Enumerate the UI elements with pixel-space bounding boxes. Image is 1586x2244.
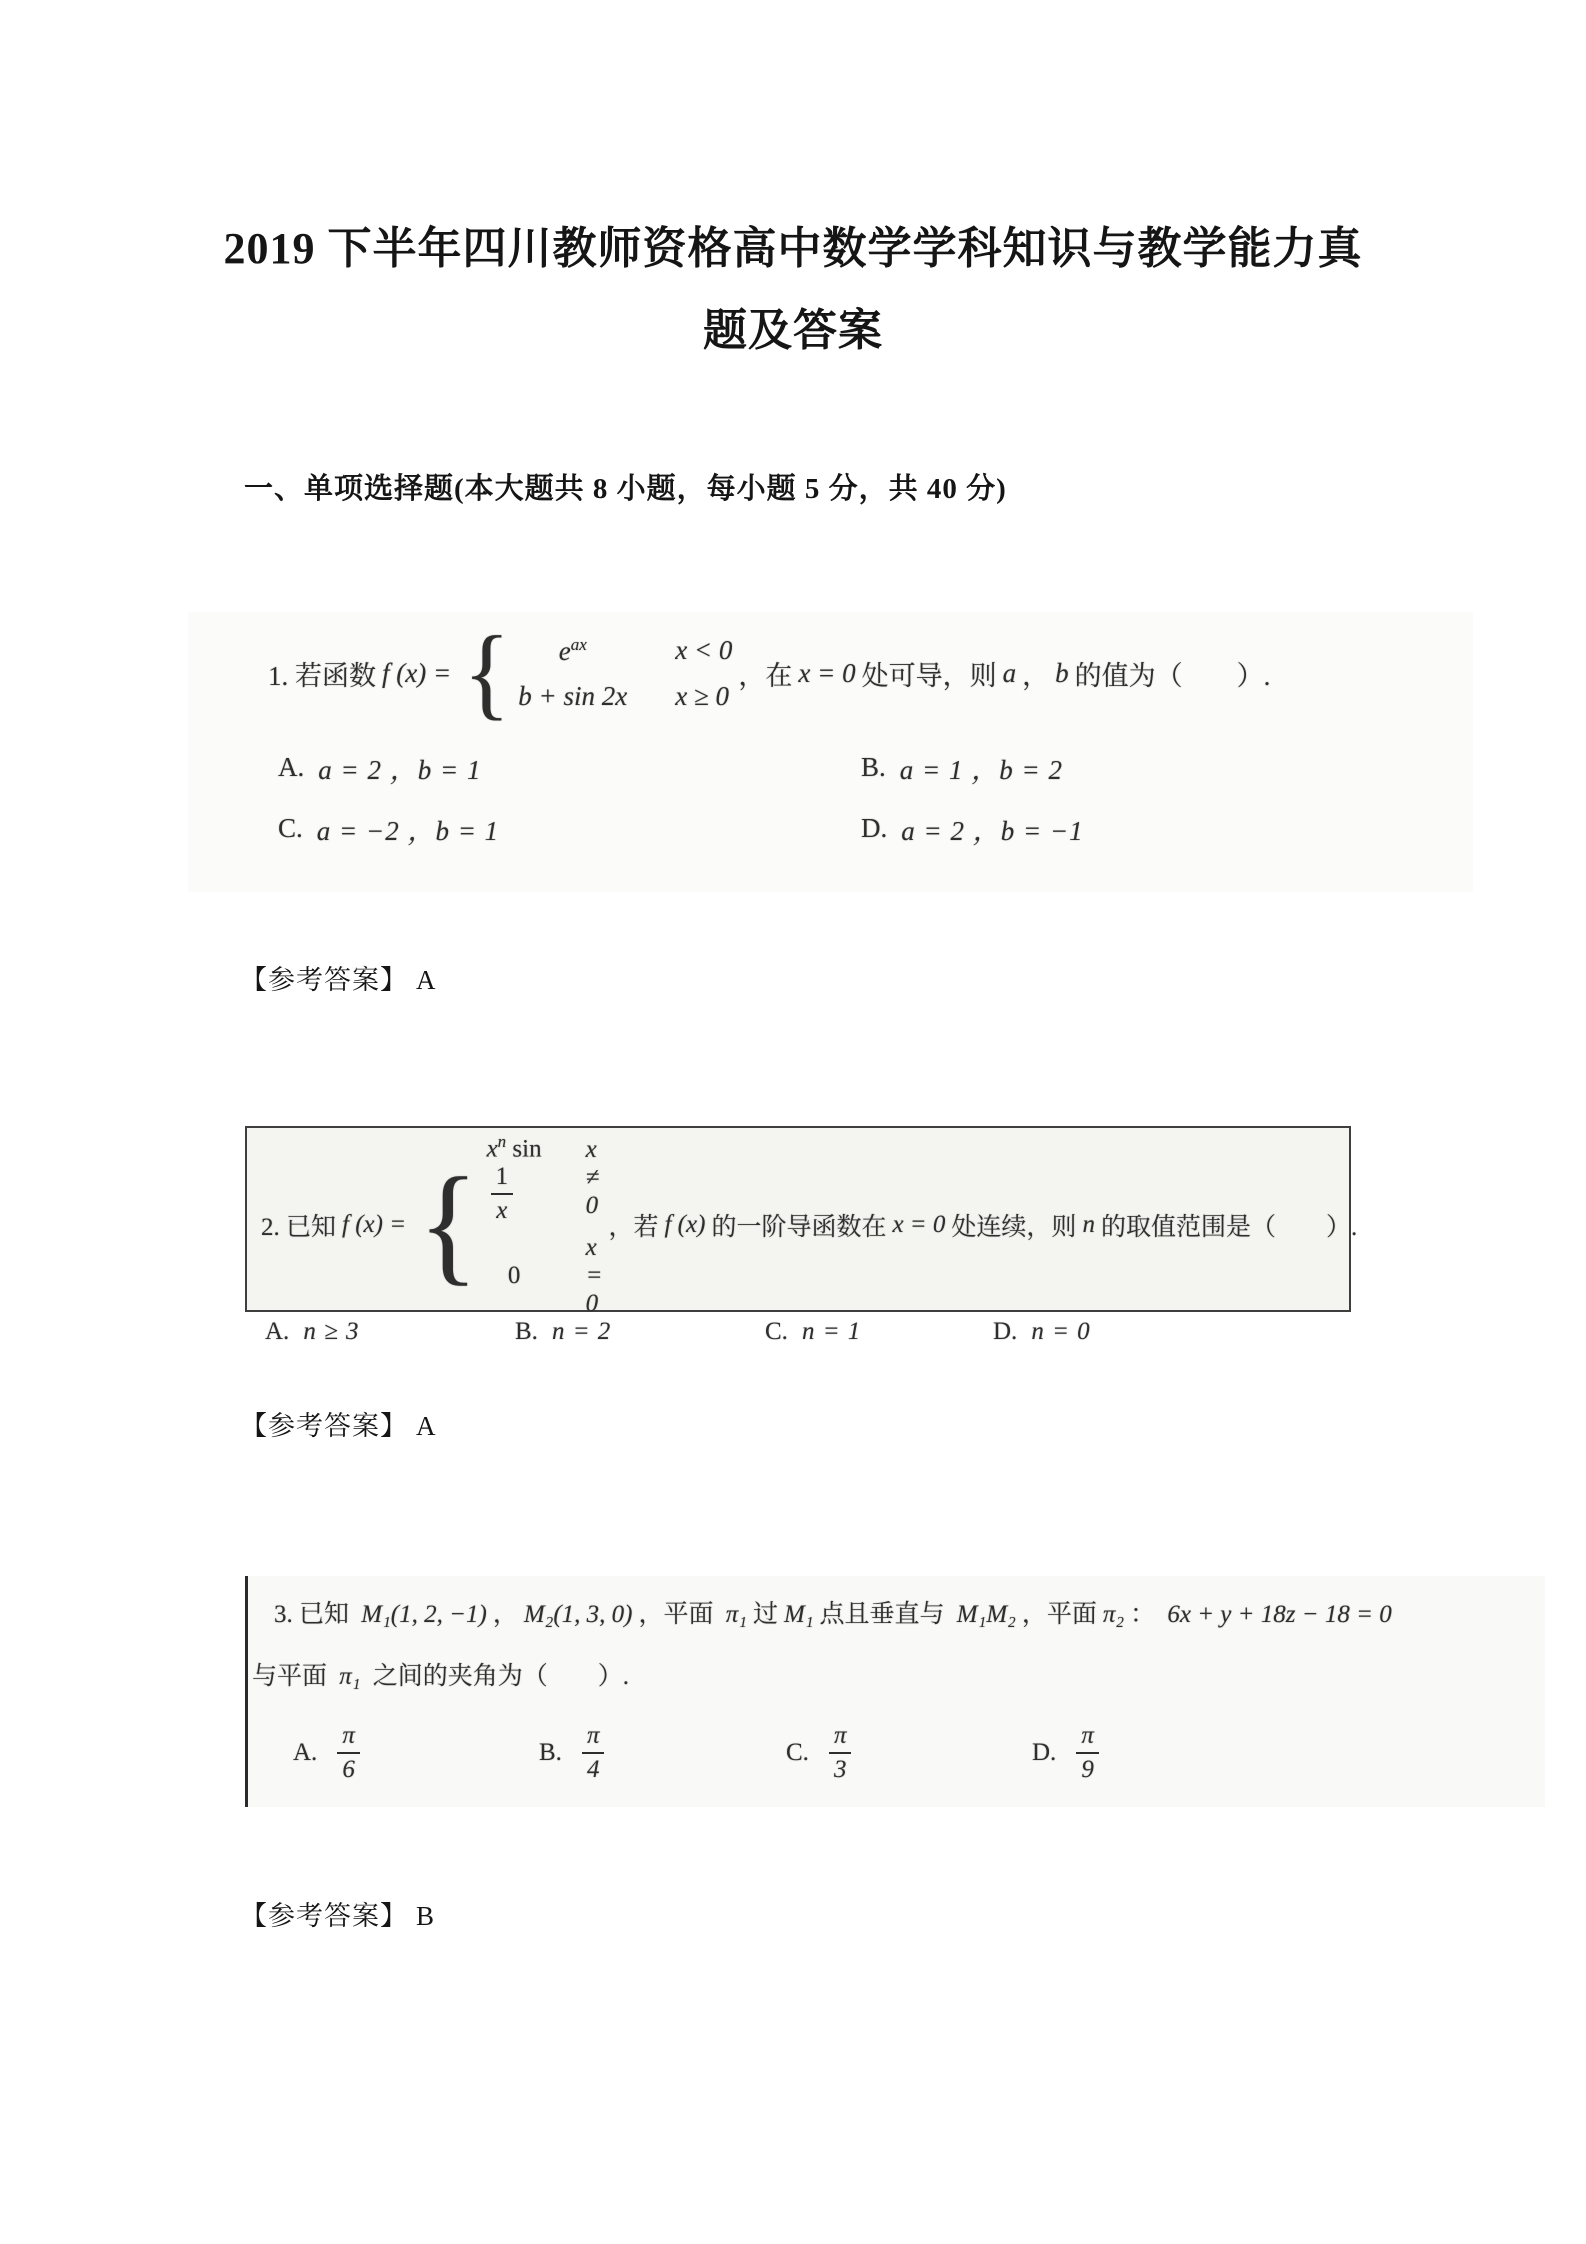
case-2-cond: x = 0 <box>586 1234 603 1318</box>
answer-value: A <box>416 965 437 995</box>
answer-1: 【参考答案】A <box>240 958 437 997</box>
option-a: A. π6 <box>293 1722 539 1783</box>
question-2-stem: 2. 已知 f (x) = { xn sin1x x ≠ 0 0 x = 0 ，… <box>261 1132 1341 1318</box>
option-b: B. a = 1 ，b = 2 <box>861 748 1473 787</box>
fraction: π9 <box>1076 1722 1099 1783</box>
option-d: D. a = 2 ，b = −1 <box>861 809 1473 848</box>
answer-3: 【参考答案】B <box>240 1894 435 1933</box>
question-1-options: A. a = 2 ，b = 1 B. a = 1 ，b = 2 C. a = −… <box>278 748 1473 848</box>
question-1-number: 1. 若函数 <box>268 654 376 693</box>
option-c: C. π3 <box>786 1722 1032 1783</box>
title-line-2: 题及答案 <box>0 290 1586 372</box>
fraction: π4 <box>582 1722 605 1783</box>
document-title: 2019 下半年四川教师资格高中数学学科知识与教学能力真 题及答案 <box>0 208 1586 372</box>
answer-label: 【参考答案】 <box>240 965 408 995</box>
case-1-cond: x ≠ 0 <box>586 1136 603 1220</box>
left-brace-icon: { <box>463 622 510 725</box>
piecewise-function-1: { eax x < 0 b + sin 2x x ≥ 0 <box>463 624 732 722</box>
question-3-stem-line-2: 与平面 π₁ 之间的夹角为（ ）. <box>252 1656 1545 1692</box>
answer-value: B <box>416 1901 435 1931</box>
case-2-expr: 0 <box>508 1262 521 1290</box>
option-b: B. n = 2 <box>515 1318 765 1346</box>
question-3-stem-line-1: 3. 已知 M₁(1, 2, −1)，M₂(1, 3, 0)，平面 π₁过M₁点… <box>252 1594 1545 1630</box>
answer-label: 【参考答案】 <box>240 1411 408 1441</box>
case-2-expr: b + sin 2x <box>518 681 627 712</box>
question-3-options: A. π6 B. π4 C. π3 D. π9 <box>252 1722 1545 1783</box>
case-1-cond: x < 0 <box>675 635 732 666</box>
option-c: C. n = 1 <box>765 1318 993 1346</box>
question-2-fname: f (x) = <box>342 1211 406 1239</box>
section-heading: 一、单项选择题(本大题共 8 小题，每小题 5 分，共 40 分) <box>244 466 1007 507</box>
option-d: D. π9 <box>1032 1722 1545 1783</box>
case-1-expr: eax <box>559 635 587 667</box>
title-line-1: 2019 下半年四川教师资格高中数学学科知识与教学能力真 <box>0 208 1586 290</box>
option-c: C. a = −2 ，b = 1 <box>278 809 861 848</box>
page: { "title": { "line1": "2019 下半年四川教师资格高中数… <box>0 0 1586 2244</box>
option-a: A. n ≥ 3 <box>265 1318 515 1346</box>
answer-value: A <box>416 1411 437 1441</box>
answer-2: 【参考答案】A <box>240 1404 437 1443</box>
fraction: π6 <box>337 1722 360 1783</box>
fraction: 1x <box>491 1163 514 1224</box>
question-2-options: A. n ≥ 3 B. n = 2 C. n = 1 D. n = 0 <box>261 1318 1341 1346</box>
option-d: D. n = 0 <box>993 1318 1341 1346</box>
fraction: π3 <box>829 1722 852 1783</box>
question-1: 1. 若函数 f (x) = { eax x < 0 b + sin 2x x … <box>188 612 1473 892</box>
question-3-number: 3. 已知 <box>274 1601 349 1628</box>
option-b: B. π4 <box>539 1722 786 1783</box>
left-brace-icon: { <box>418 1159 478 1291</box>
option-a: A. a = 2 ，b = 1 <box>278 748 861 787</box>
case-2-cond: x ≥ 0 <box>675 681 729 712</box>
question-1-fname: f (x) = <box>382 658 451 689</box>
question-2: 2. 已知 f (x) = { xn sin1x x ≠ 0 0 x = 0 ，… <box>245 1126 1351 1312</box>
case-1-expr: xn sin1x <box>487 1132 542 1224</box>
question-2-number: 2. 已知 <box>261 1207 336 1243</box>
question-3: 3. 已知 M₁(1, 2, −1)，M₂(1, 3, 0)，平面 π₁过M₁点… <box>245 1576 1545 1807</box>
answer-label: 【参考答案】 <box>240 1901 408 1931</box>
piecewise-function-2: { xn sin1x x ≠ 0 0 x = 0 <box>418 1132 602 1318</box>
question-1-stem: 1. 若函数 f (x) = { eax x < 0 b + sin 2x x … <box>188 612 1473 722</box>
